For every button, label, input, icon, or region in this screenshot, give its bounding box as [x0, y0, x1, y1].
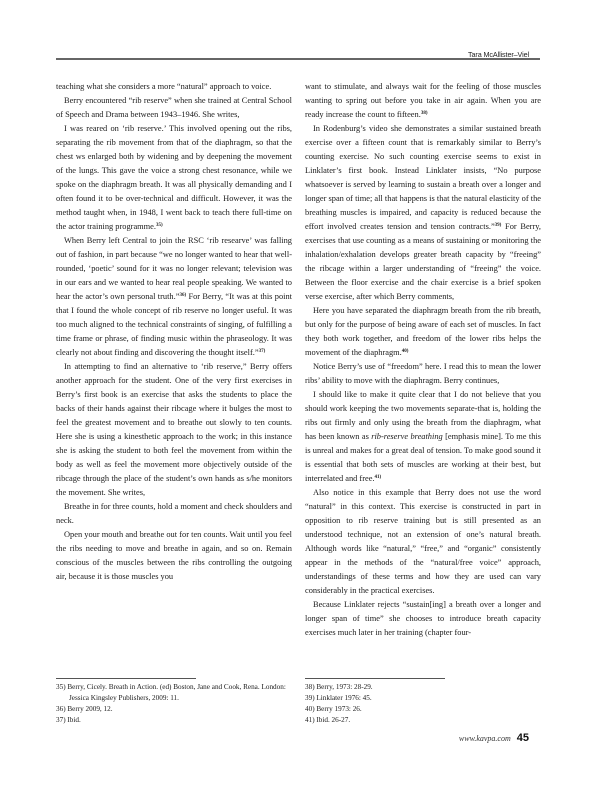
footnote-rule	[56, 678, 196, 679]
footnote-36: 36) Berry 2009, 12.	[56, 704, 292, 715]
footnote-ref[interactable]: 35)	[156, 223, 163, 228]
footnote-39: 39) Linklater 1976: 45.	[305, 693, 541, 704]
paragraph: teaching what she considers a more “natu…	[56, 80, 292, 94]
footnote-40: 40) Berry 1973: 26.	[305, 704, 541, 715]
block-quote: I should like to make it quite clear tha…	[305, 388, 541, 486]
footnotes-left: 35) Berry, Cicely. Breath in Action. (ed…	[56, 682, 292, 726]
paragraph: In Rodenburg’s video she demonstrates a …	[305, 122, 541, 304]
footnote-ref[interactable]: 37)	[259, 349, 266, 354]
block-quote-continued: want to stimulate, and always wait for t…	[305, 80, 541, 122]
footnote-35: 35) Berry, Cicely. Breath in Action. (ed…	[56, 682, 292, 704]
emphasis-text: rib-reserve breathing	[371, 432, 443, 441]
footnote-ref[interactable]: 38)	[421, 111, 428, 116]
right-column: want to stimulate, and always wait for t…	[305, 80, 541, 640]
paragraph: Notice Berry’s use of “freedom” here. I …	[305, 360, 541, 388]
footnote-rule	[305, 678, 445, 679]
paragraph: In attempting to find an alternative to …	[56, 360, 292, 500]
block-quote: Here you have separated the diaphragm br…	[305, 304, 541, 360]
footnotes-right: 38) Berry, 1973: 28-29. 39) Linklater 19…	[305, 682, 541, 726]
paragraph: Berry encountered “rib reserve” when she…	[56, 94, 292, 122]
footnote-ref[interactable]: 41)	[375, 475, 382, 480]
quote-text: I was reared on ‘rib reserve.’ This invo…	[56, 124, 292, 231]
footer-url-link[interactable]: www.kavpa.com	[459, 734, 511, 743]
footnote-ref[interactable]: 40)	[402, 349, 409, 354]
page-number: 45	[517, 732, 529, 744]
left-column: teaching what she considers a more “natu…	[56, 80, 292, 584]
header-rule	[56, 58, 540, 60]
page-footer: www.kavpa.com 45	[459, 732, 529, 744]
paragraph: When Berry left Central to join the RSC …	[56, 234, 292, 360]
paragraph: Because Linklater rejects “sustain[ing] …	[305, 598, 541, 640]
footnote-41: 41) Ibid. 26-27.	[305, 715, 541, 726]
paragraph: Also notice in this example that Berry d…	[305, 486, 541, 598]
footnote-38: 38) Berry, 1973: 28-29.	[305, 682, 541, 693]
block-quote: Open your mouth and breathe out for ten …	[56, 528, 292, 584]
footnote-37: 37) Ibid.	[56, 715, 292, 726]
block-quote: I was reared on ‘rib reserve.’ This invo…	[56, 122, 292, 234]
block-quote: Breathe in for three counts, hold a mome…	[56, 500, 292, 528]
